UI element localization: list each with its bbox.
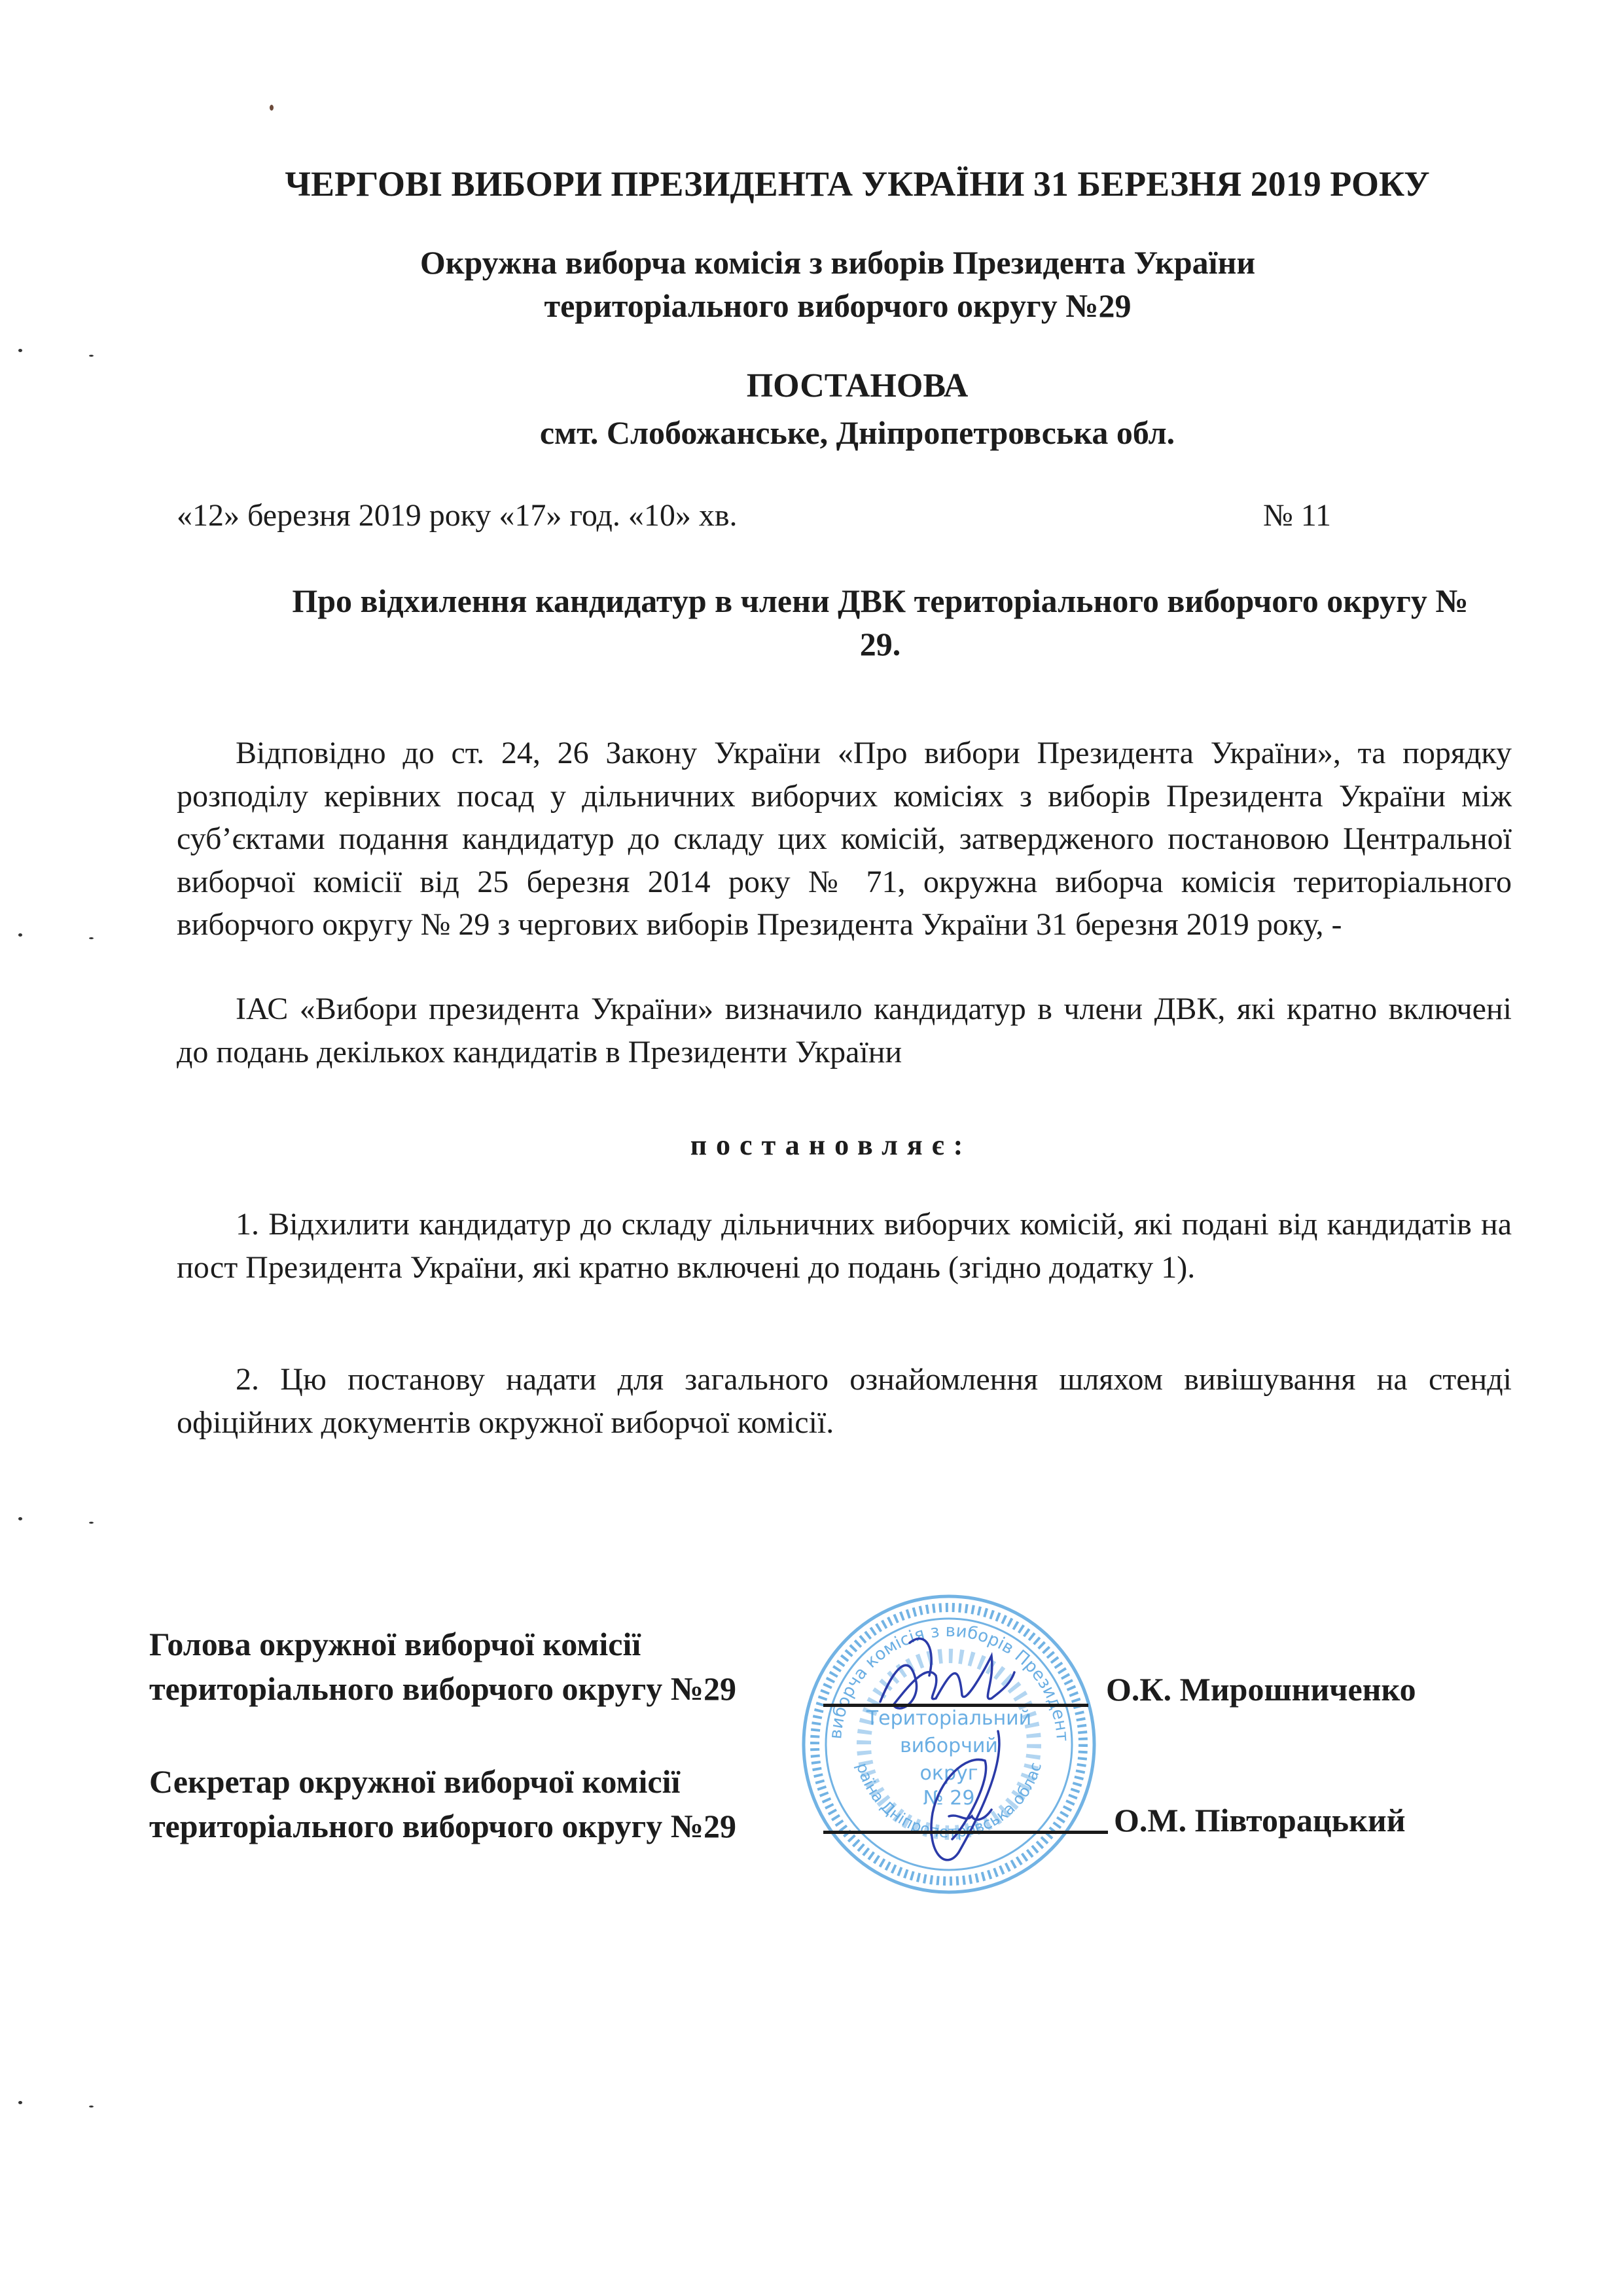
- scan-speck: [18, 2101, 22, 2104]
- signatory-name-secretary: О.М. Півторацький: [1114, 1801, 1406, 1839]
- clause-2: 2. Цю постанову надати для загального оз…: [177, 1358, 1512, 1444]
- commission-name: Окружна виборча комісія з виборів Презид…: [26, 241, 1623, 327]
- document-page: ЧЕРГОВІ ВИБОРИ ПРЕЗИДЕНТА УКРАЇНИ 31 БЕР…: [0, 0, 1623, 2296]
- document-subject: Про відхилення кандидатур в члени ДВК те…: [275, 579, 1486, 666]
- official-stamp-icon: Окружна виборча комісія з виборів Презид…: [795, 1590, 1103, 1898]
- document-dateline: «12» березня 2019 року «17» год. «10» хв…: [177, 497, 738, 533]
- signature-role-line-2: територіального виборчого округу №29: [149, 1666, 736, 1711]
- signature-block-secretary: Секретар окружної виборчої комісії терит…: [149, 1759, 736, 1848]
- svg-text:виборчий: виборчий: [900, 1734, 998, 1757]
- scan-speck: [18, 349, 22, 352]
- svg-text:№ 29: № 29: [923, 1787, 975, 1810]
- preamble-paragraph-2: ІАС «Вибори президента України» визначил…: [177, 988, 1512, 1073]
- clause-1: 1. Відхилити кандидатур до складу дільни…: [177, 1203, 1512, 1289]
- preamble-paragraph-1: Відповідно до ст. 24, 26 Закону України …: [177, 732, 1512, 946]
- signature-role-line-2: територіального виборчого округу №29: [149, 1804, 736, 1848]
- commission-line-2: територіального виборчого округу №29: [26, 284, 1623, 327]
- scan-speck: [89, 355, 94, 357]
- signature-line-secretary: [823, 1831, 1108, 1834]
- scan-speck: [270, 105, 274, 111]
- scan-speck: [89, 937, 94, 939]
- scan-speck: [18, 933, 22, 937]
- document-location: смт. Слобожанське, Дніпропетровська обл.: [46, 414, 1623, 452]
- stamp-center-line-1: Територіальний: [866, 1707, 1031, 1730]
- document-type: ПОСТАНОВА: [46, 367, 1623, 405]
- scan-speck: [18, 1517, 22, 1520]
- election-title: ЧЕРГОВІ ВИБОРИ ПРЕЗИДЕНТА УКРАЇНИ 31 БЕР…: [46, 164, 1623, 204]
- scan-speck: [89, 1522, 94, 1524]
- signature-role-line-1: Секретар окружної виборчої комісії: [149, 1759, 736, 1804]
- signatory-name-head: О.К. Мирошниченко: [1106, 1670, 1416, 1708]
- signature-line-head: [823, 1704, 1088, 1707]
- commission-line-1: Окружна виборча комісія з виборів Презид…: [26, 241, 1623, 284]
- document-number: № 11: [1263, 497, 1331, 533]
- signature-block-head: Голова окружної виборчої комісії територ…: [149, 1622, 736, 1711]
- signature-role-line-1: Голова окружної виборчої комісії: [149, 1622, 736, 1666]
- svg-text:округ: округ: [919, 1762, 978, 1785]
- scan-speck: [89, 2106, 94, 2108]
- resolves-label: постановляє:: [0, 1128, 1623, 1162]
